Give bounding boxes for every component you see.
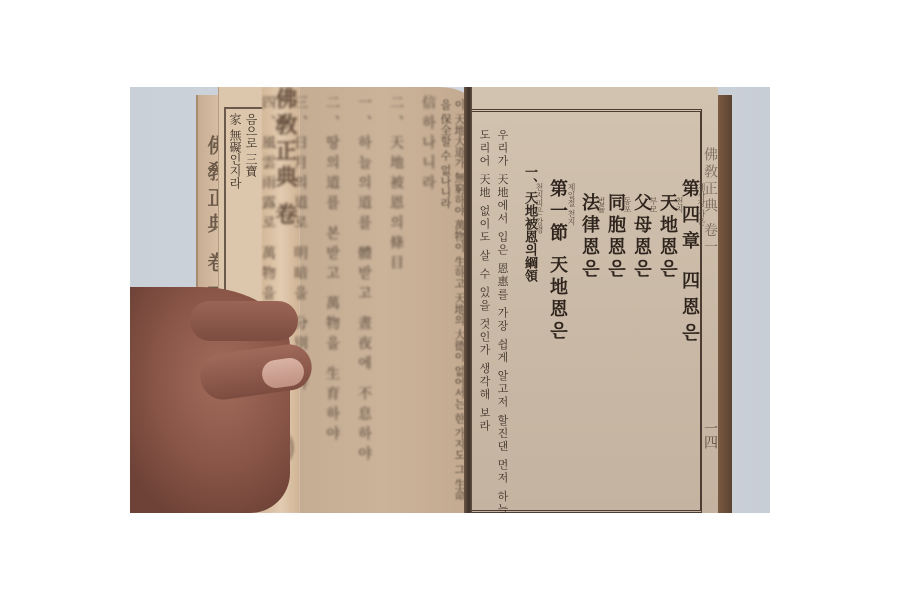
middle-col: 二、天地被恩의條目	[386, 95, 406, 495]
body-column-1: 우리가 天地에서 입은 恩惠를 가장 쉽게 알고저 할진댄 먼저 하늘이 天地가…	[496, 129, 509, 499]
left-page-text: 음으로 三寶 家 無礙인지라	[227, 113, 259, 293]
page-number: 一四	[700, 421, 720, 449]
body-column-2: 도리어 天地 없이도 살 수 있을 것인가 생각해 보라	[478, 129, 491, 499]
middle-page: 信하나니라 二、天地被恩의條目 一、하늘의道를 體받고 晝夜에 不息하야 二、땅…	[300, 87, 468, 513]
middle-col: 三、日月의道로 明暗을 分別하야	[290, 95, 310, 495]
right-page-margin: 佛敎正典 卷一 一四	[700, 109, 718, 509]
right-page: 도리어 天地 없이도 살 수 있을 것인가 생각해 보라 우리가 天地에서 입은…	[472, 87, 718, 513]
book-cover-edge	[718, 95, 732, 513]
middle-col: 一、하늘의道를 體받고 晝夜에 不息하야	[354, 95, 374, 495]
index-finger	[190, 301, 298, 341]
middle-page-right-column: 이 天地大道가 無窮하야 萬物이 生하고 天地의 大德이 없어서는 한 가지도 …	[438, 99, 466, 509]
right-margin-title: 佛敎正典 卷一	[700, 147, 720, 256]
book-photo: 佛敎正典 卷一 음으로 三寶 家 無礙인지라 聯하는者 佛敎正典 卷 ㈣ 信하나…	[130, 87, 770, 513]
middle-col: 信하나니라	[418, 95, 438, 495]
middle-page-columns: 信하나니라 二、天地被恩의條目 一、하늘의道를 體받고 晝夜에 不息하야 二、땅…	[310, 95, 438, 495]
middle-col: 二、땅의道를 본받고 萬物을 生育하야	[322, 95, 342, 495]
